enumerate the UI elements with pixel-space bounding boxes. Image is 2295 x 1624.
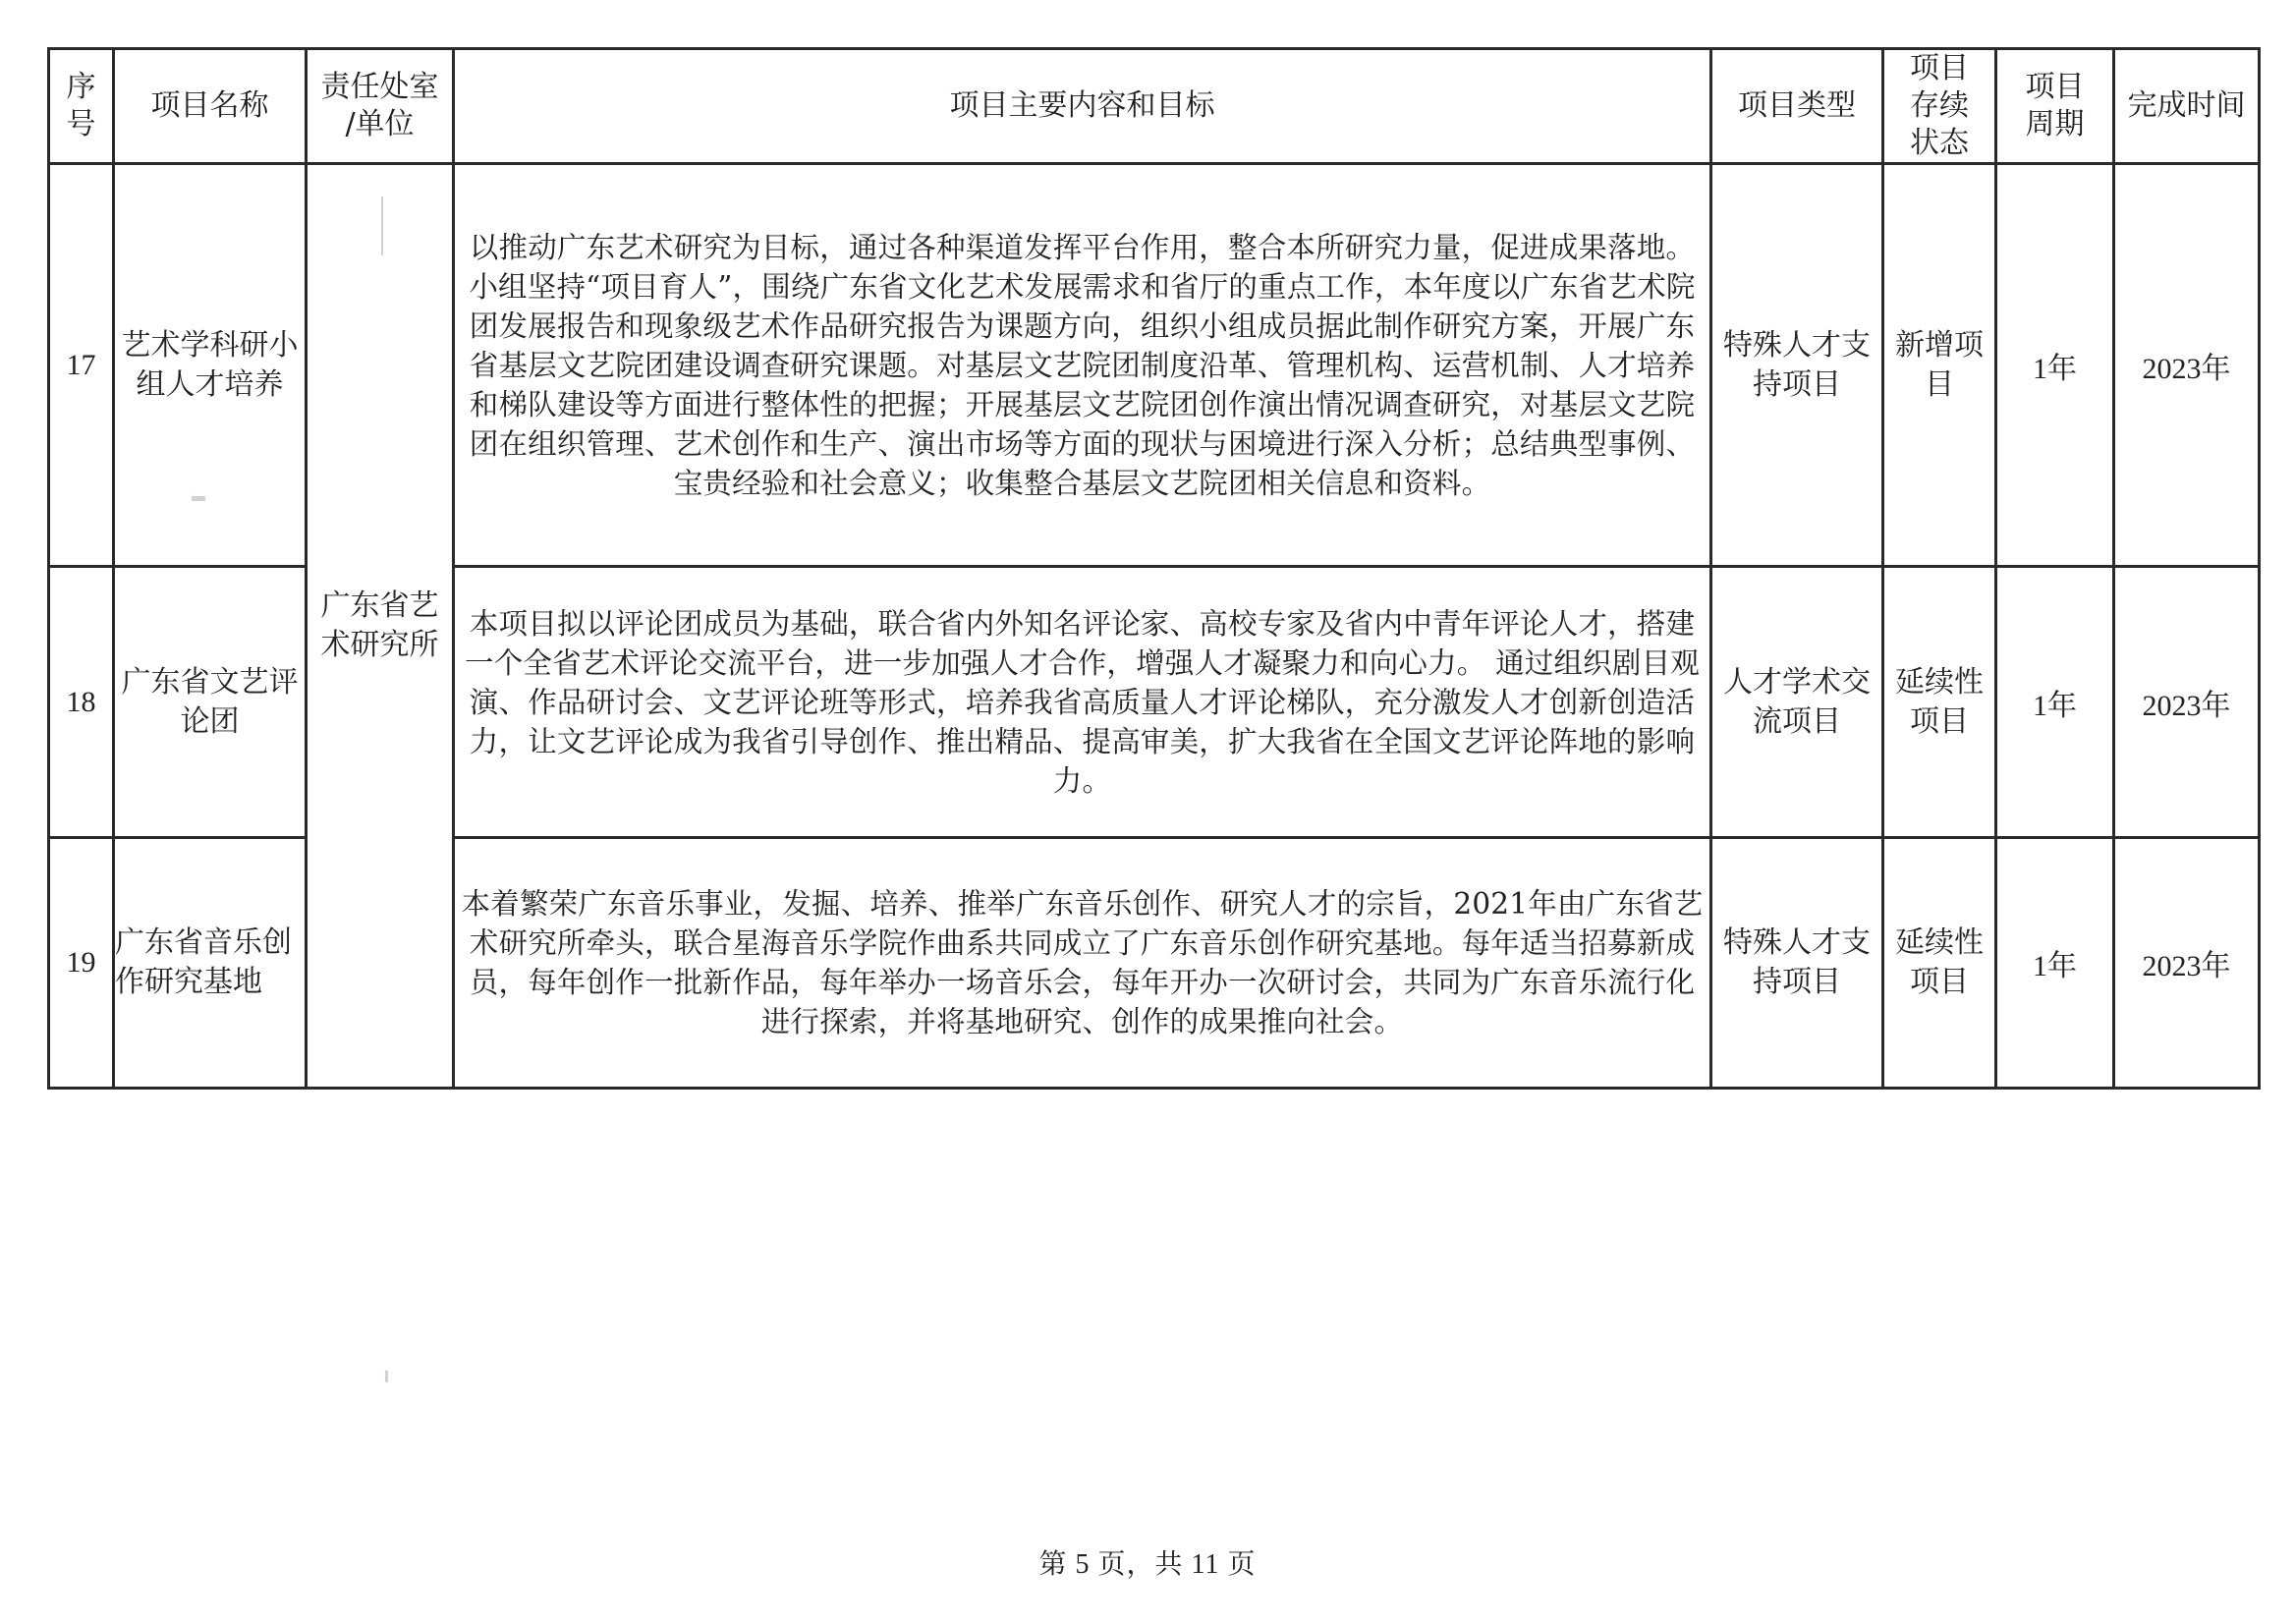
- row-cycle: 1年: [1996, 567, 2114, 838]
- row-seq: 18: [49, 567, 114, 838]
- header-row: 序 号 项目名称 责任处室 /单位 项目主要内容和目标 项目类型 项目 存续 状…: [49, 49, 2260, 164]
- header-type: 项目类型: [1711, 49, 1883, 164]
- scan-artifact: [381, 196, 383, 255]
- table-row: 17 艺术学科研小组人才培养 广东省艺 术研究所 以推动广东艺术研究为目标，通过…: [49, 164, 2260, 567]
- header-cycle-line1: 项目: [2026, 70, 2085, 104]
- header-unit: 责任处室 /单位: [307, 49, 454, 164]
- scan-artifact: [192, 496, 205, 501]
- row-content: 本项目拟以评论团成员为基础，联合省内外知名评论家、高校专家及省内中青年评论人才，…: [454, 567, 1711, 838]
- row-done: 2023年: [2114, 567, 2260, 838]
- row-project-name: 广东省文艺评论团: [114, 567, 307, 838]
- row-done: 2023年: [2114, 164, 2260, 567]
- row-status: 新增项目: [1883, 164, 1996, 567]
- row-cycle: 1年: [1996, 838, 2114, 1089]
- header-cycle: 项目 周期: [1996, 49, 2114, 164]
- row-status: 延续性项目: [1883, 838, 1996, 1089]
- header-status-line1: 项目: [1910, 51, 1969, 85]
- row-content: 本着繁荣广东音乐事业，发掘、培养、推举广东音乐创作、研究人才的宗旨，2021年由…: [454, 838, 1711, 1089]
- header-seq: 序 号: [49, 49, 114, 164]
- header-seq-line1: 序: [67, 70, 96, 104]
- row-project-name: 艺术学科研小组人才培养: [114, 164, 307, 567]
- row-seq: 19: [49, 838, 114, 1089]
- document-page: 序 号 项目名称 责任处室 /单位 项目主要内容和目标 项目类型 项目 存续 状…: [0, 0, 2295, 1624]
- row-content: 以推动广东艺术研究为目标，通过各种渠道发挥平台作用，整合本所研究力量，促进成果落…: [454, 164, 1711, 567]
- header-unit-line1: 责任处室: [321, 70, 439, 104]
- header-content: 项目主要内容和目标: [454, 49, 1711, 164]
- page-footer: 第 5 页，共 11 页: [0, 1542, 2295, 1582]
- row-type: 特殊人才支持项目: [1711, 838, 1883, 1089]
- header-cycle-line2: 周期: [2026, 107, 2085, 141]
- row-status: 延续性项目: [1883, 567, 1996, 838]
- header-done: 完成时间: [2114, 49, 2260, 164]
- row-type: 特殊人才支持项目: [1711, 164, 1883, 567]
- header-status-line2: 存续: [1910, 88, 1969, 123]
- responsible-unit: 广东省艺 术研究所: [307, 164, 454, 1089]
- row-done: 2023年: [2114, 838, 2260, 1089]
- row-project-name: 广东省音乐创作研究基地: [114, 838, 307, 1089]
- row-cycle: 1年: [1996, 164, 2114, 567]
- header-status-line3: 状态: [1910, 126, 1969, 160]
- row-seq: 17: [49, 164, 114, 567]
- header-unit-line2: /单位: [345, 107, 414, 141]
- header-name: 项目名称: [114, 49, 307, 164]
- row-type: 人才学术交流项目: [1711, 567, 1883, 838]
- unit-line2: 术研究所: [321, 628, 439, 662]
- scan-artifact: [385, 1371, 388, 1382]
- header-status: 项目 存续 状态: [1883, 49, 1996, 164]
- header-seq-line2: 号: [67, 107, 96, 141]
- project-table: 序 号 项目名称 责任处室 /单位 项目主要内容和目标 项目类型 项目 存续 状…: [47, 47, 2261, 1090]
- unit-line1: 广东省艺: [321, 588, 439, 623]
